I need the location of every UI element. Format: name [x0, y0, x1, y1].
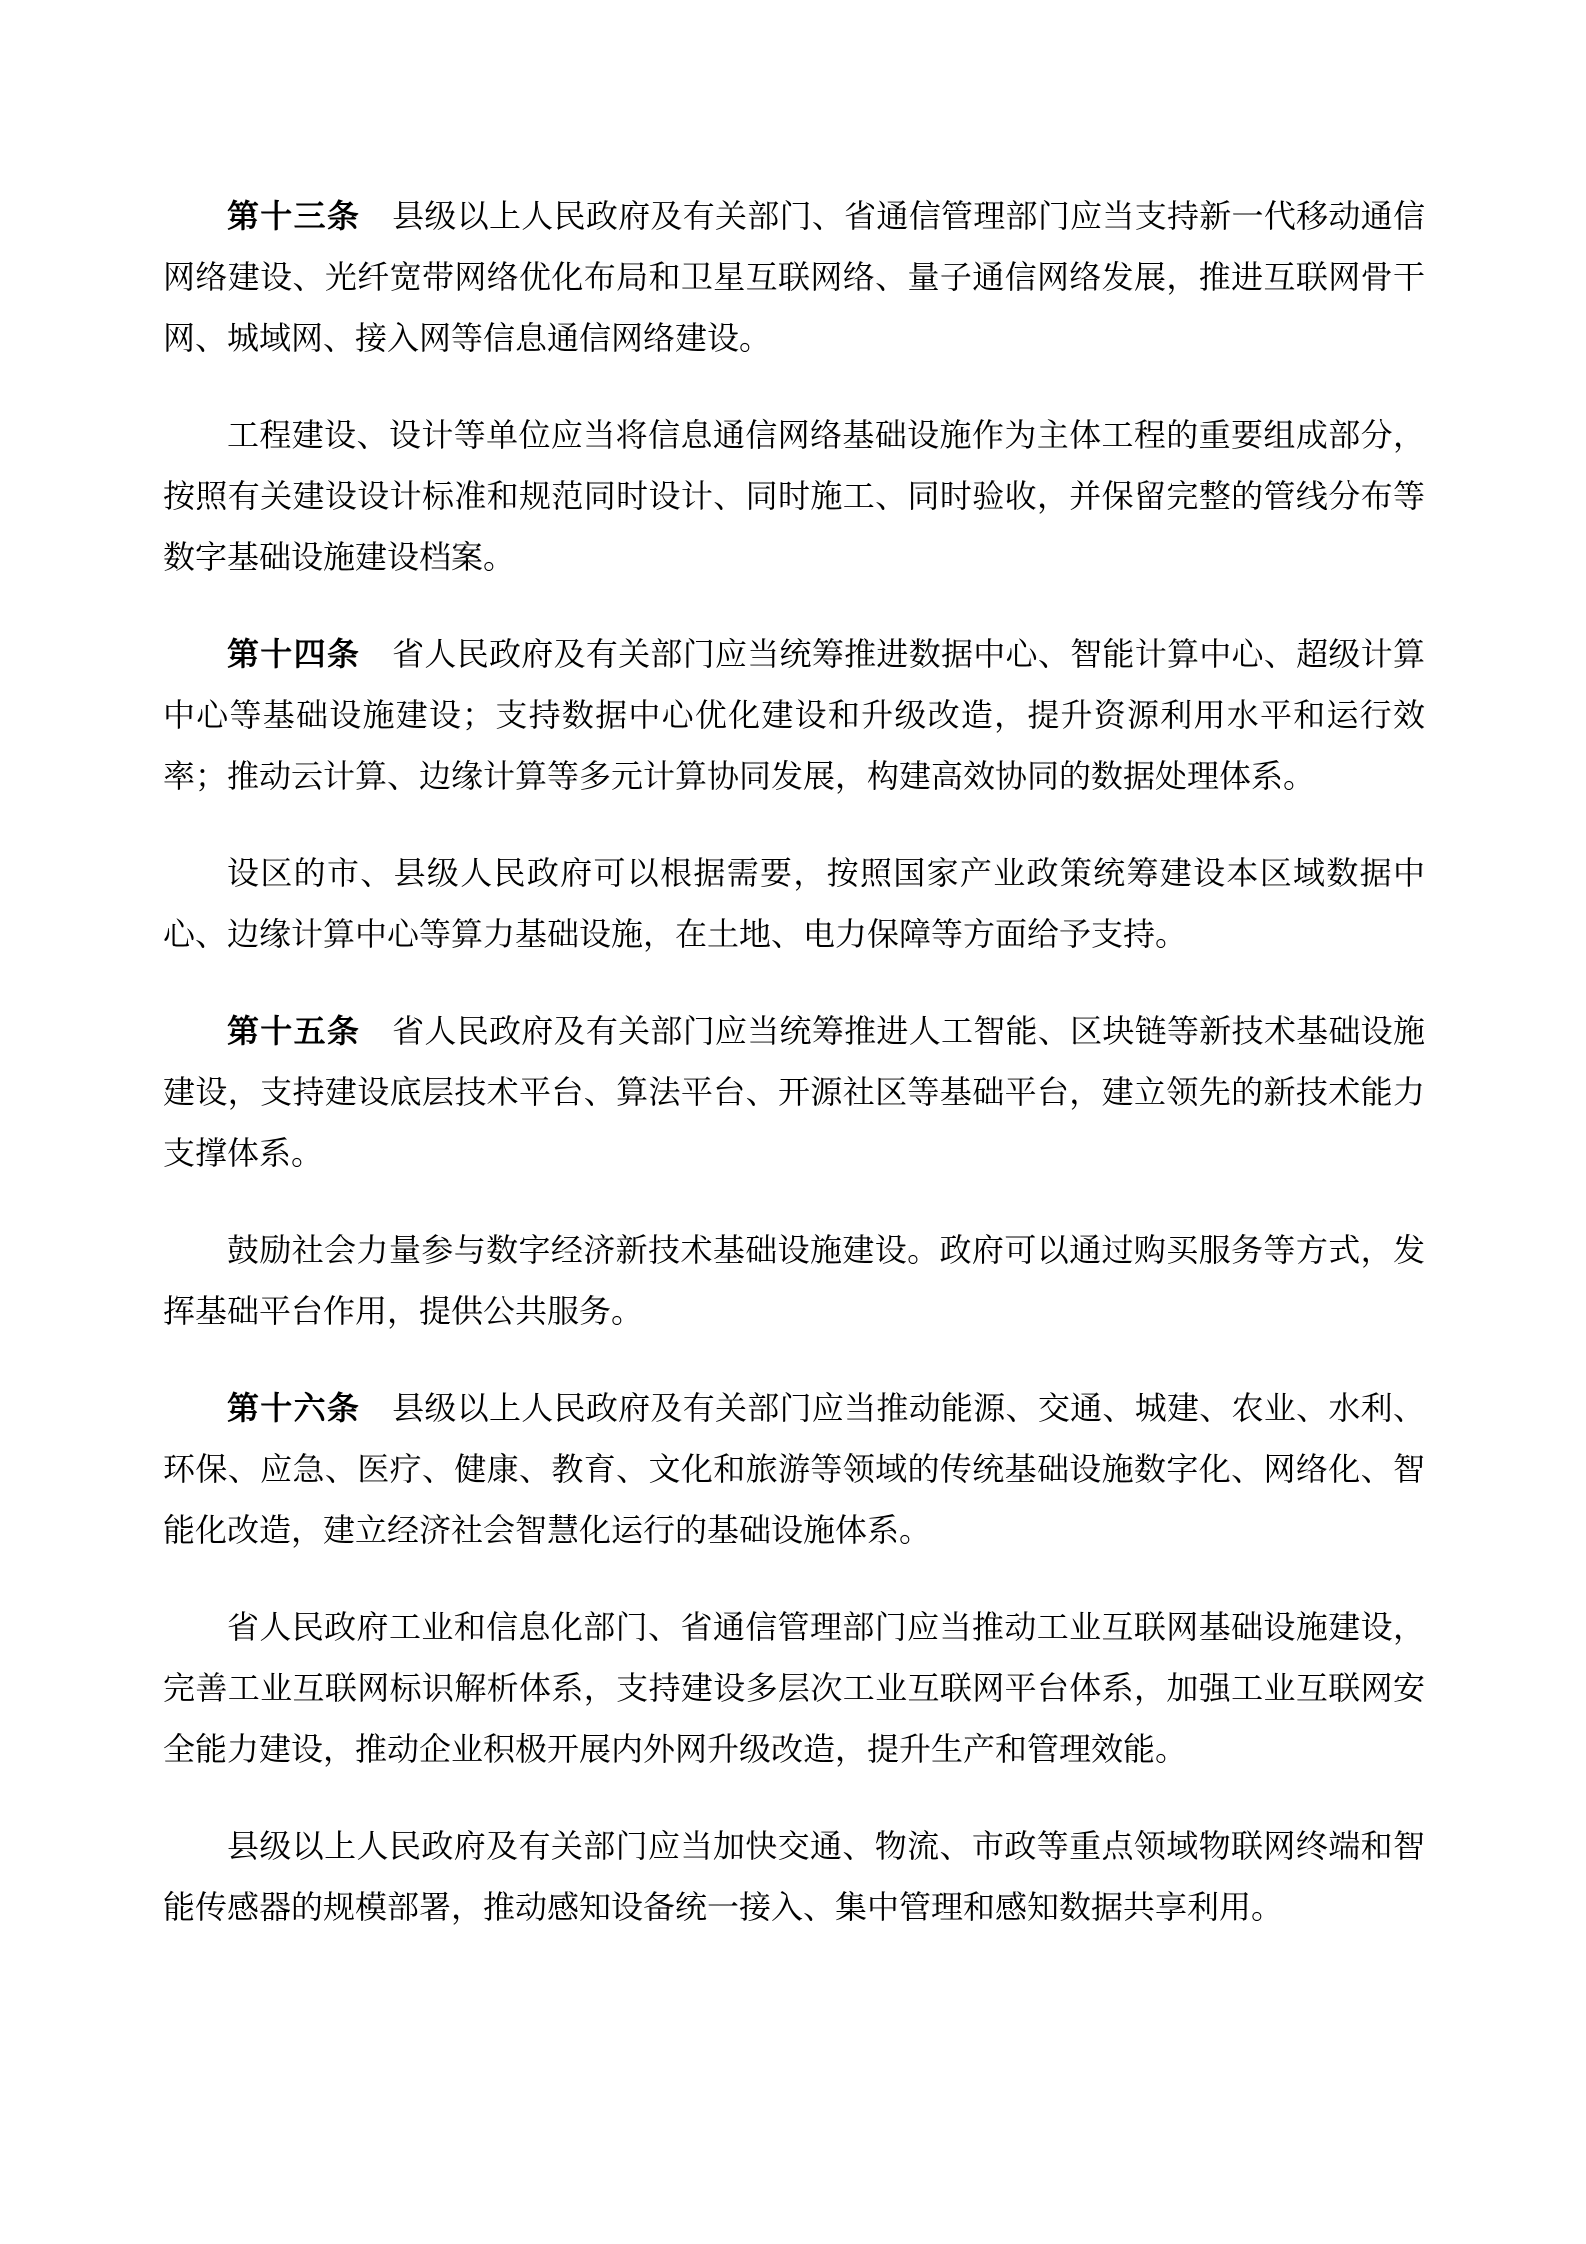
article-number: 第十六条 [227, 1390, 360, 1426]
paragraph: 省人民政府工业和信息化部门、省通信管理部门应当推动工业互联网基础设施建设，完善工… [163, 1597, 1425, 1780]
document-page: 第十三条县级以上人民政府及有关部门、省通信管理部门应当支持新一代移动通信网络建设… [0, 0, 1586, 2244]
paragraph: 第十四条省人民政府及有关部门应当统筹推进数据中心、智能计算中心、超级计算中心等基… [163, 624, 1425, 807]
paragraph: 第十三条县级以上人民政府及有关部门、省通信管理部门应当支持新一代移动通信网络建设… [163, 186, 1425, 369]
paragraph: 县级以上人民政府及有关部门应当加快交通、物流、市政等重点领域物联网终端和智能传感… [163, 1816, 1425, 1938]
article-number: 第十五条 [227, 1013, 360, 1049]
paragraph-text: 设区的市、县级人民政府可以根据需要，按照国家产业政策统筹建设本区域数据中心、边缘… [163, 855, 1425, 952]
paragraph: 设区的市、县级人民政府可以根据需要，按照国家产业政策统筹建设本区域数据中心、边缘… [163, 843, 1425, 965]
paragraph: 鼓励社会力量参与数字经济新技术基础设施建设。政府可以通过购买服务等方式，发挥基础… [163, 1220, 1425, 1342]
paragraph: 第十五条省人民政府及有关部门应当统筹推进人工智能、区块链等新技术基础设施建设，支… [163, 1001, 1425, 1184]
paragraph: 第十六条县级以上人民政府及有关部门应当推动能源、交通、城建、农业、水利、环保、应… [163, 1378, 1425, 1561]
paragraph-text: 鼓励社会力量参与数字经济新技术基础设施建设。政府可以通过购买服务等方式，发挥基础… [163, 1232, 1425, 1329]
article-number: 第十四条 [227, 636, 360, 672]
document-body: 第十三条县级以上人民政府及有关部门、省通信管理部门应当支持新一代移动通信网络建设… [163, 186, 1425, 1938]
paragraph: 工程建设、设计等单位应当将信息通信网络基础设施作为主体工程的重要组成部分，按照有… [163, 405, 1425, 588]
paragraph-text: 工程建设、设计等单位应当将信息通信网络基础设施作为主体工程的重要组成部分，按照有… [163, 417, 1425, 575]
article-number: 第十三条 [227, 198, 360, 234]
paragraph-text: 县级以上人民政府及有关部门应当加快交通、物流、市政等重点领域物联网终端和智能传感… [163, 1828, 1425, 1925]
paragraph-text: 省人民政府工业和信息化部门、省通信管理部门应当推动工业互联网基础设施建设，完善工… [163, 1609, 1425, 1767]
